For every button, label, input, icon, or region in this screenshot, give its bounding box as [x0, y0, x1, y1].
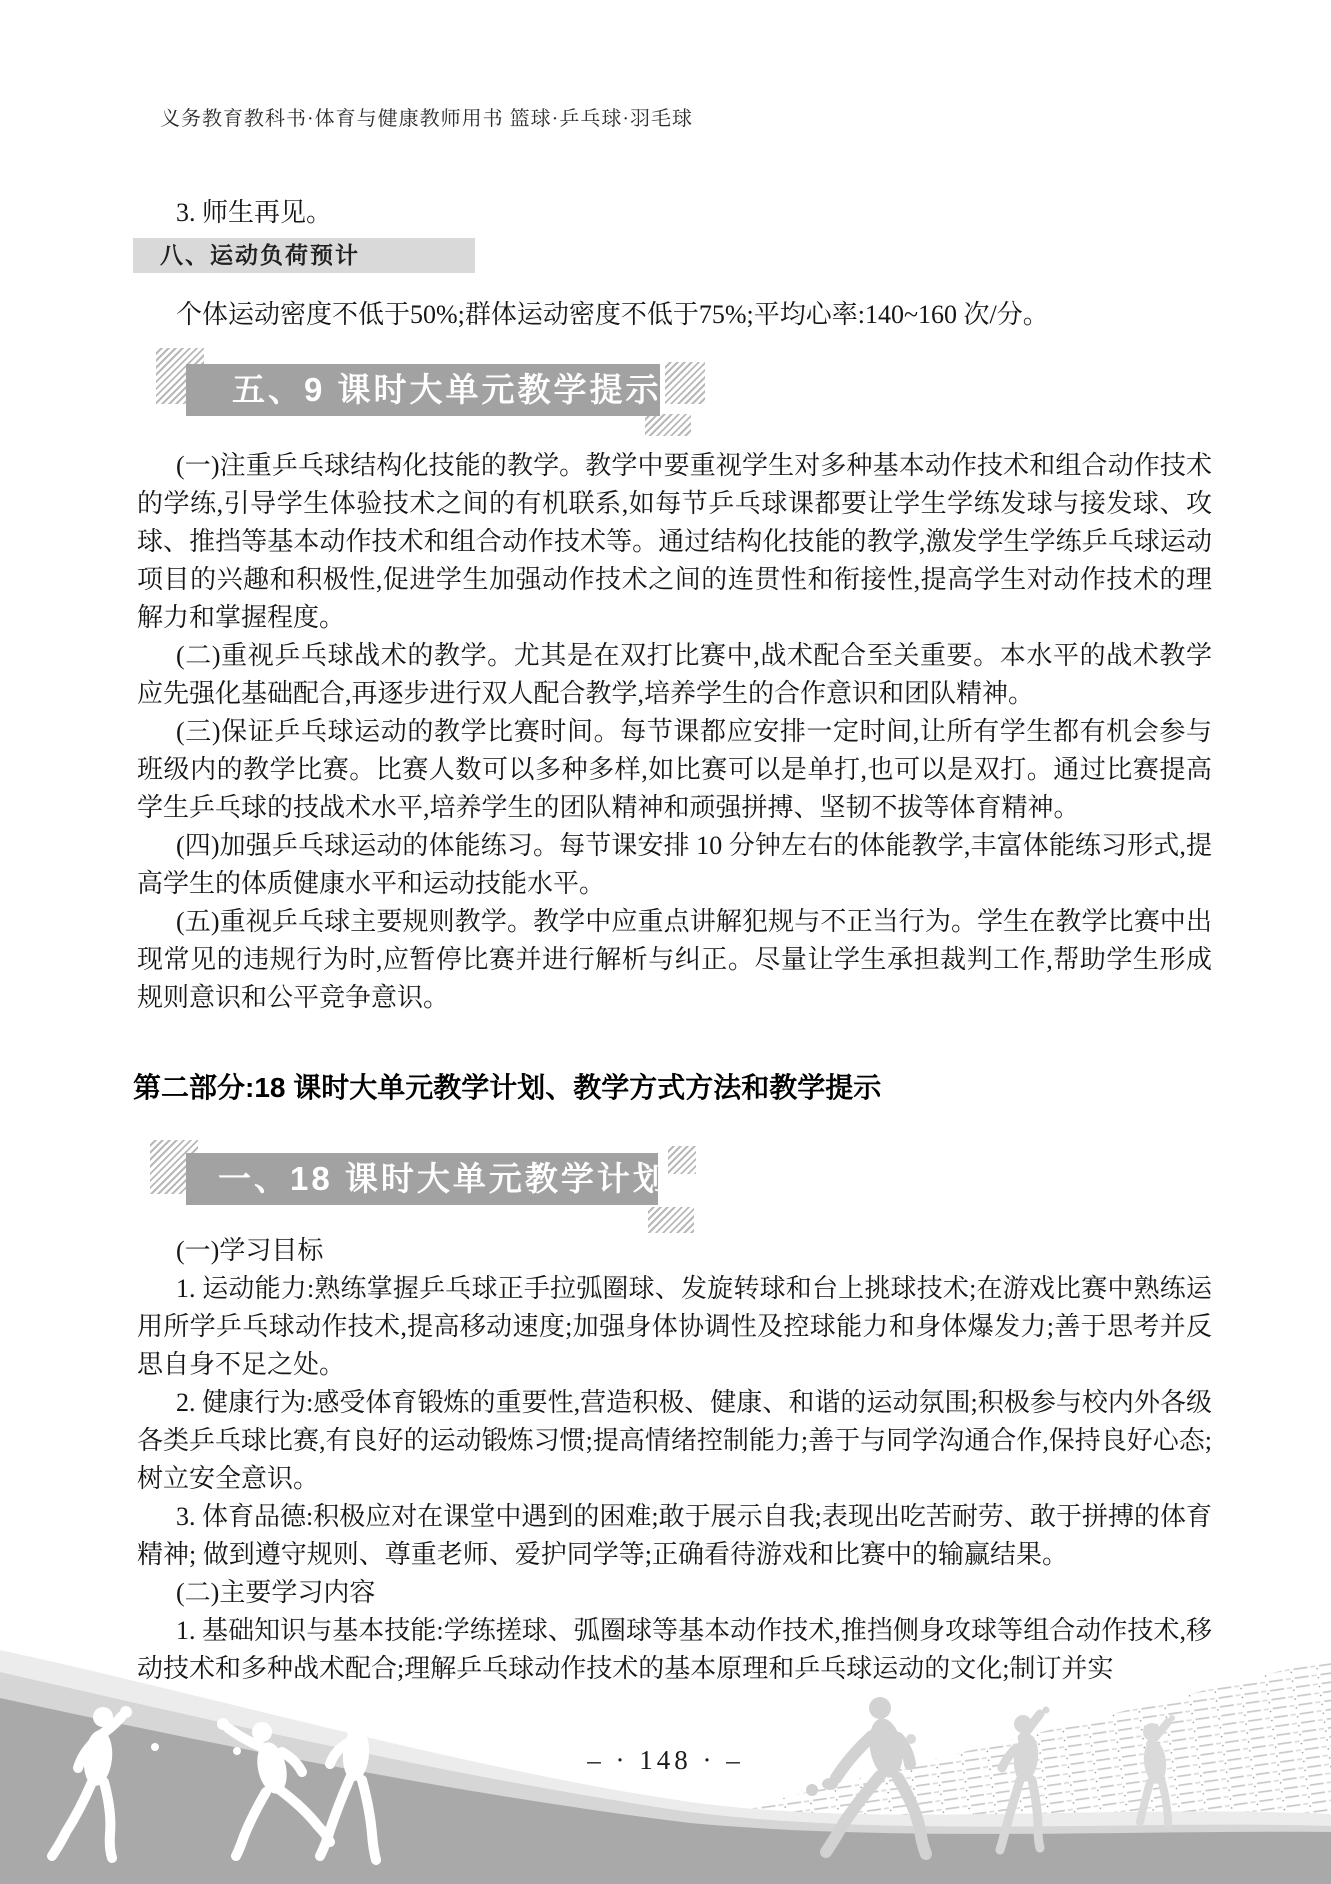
paragraph: (五)重视乒乓球主要规则教学。教学中应重点讲解犯规与不正当行为。学生在教学比赛中…	[137, 903, 1212, 1017]
paragraph: (三)保证乒乓球运动的教学比赛时间。每节课都应安排一定时间,让所有学生都有机会参…	[137, 713, 1212, 827]
hatch-decoration-icon	[645, 414, 691, 436]
paragraph: 2. 健康行为:感受体育锻炼的重要性,营造积极、健康、和谐的运动氛围;积极参与校…	[137, 1384, 1212, 1498]
section-banner-one: 一、18 课时大单元教学计划	[186, 1153, 658, 1205]
part-two-heading: 第二部分:18 课时大单元教学计划、教学方式方法和教学提示	[133, 1068, 1213, 1108]
hatch-decoration-icon	[648, 1207, 694, 1233]
load-forecast-text: 个体运动密度不低于50%;群体运动密度不低于75%;平均心率:140~160 次…	[137, 296, 1212, 334]
closing-line: 3. 师生再见。	[137, 194, 1212, 232]
sub-heading: (二)主要学习内容	[137, 1574, 1212, 1612]
paragraph: 1. 运动能力:熟练掌握乒乓球正手拉弧圈球、发旋转球和台上挑球技术;在游戏比赛中…	[137, 1270, 1212, 1384]
page-number: – · 148 · –	[0, 1744, 1331, 1776]
section-five-body: (一)注重乒乓球结构化技能的教学。教学中要重视学生对多种基本动作技术和组合动作技…	[137, 447, 1212, 1017]
section-banner-five-title: 五、9 课时大单元教学提示	[186, 364, 660, 416]
ball-icon	[806, 1784, 818, 1796]
subsection-box-load-forecast: 八、运动负荷预计	[133, 238, 475, 273]
paragraph: (四)加强乒乓球运动的体能练习。每节课安排 10 分钟左右的体能教学,丰富体能练…	[137, 827, 1212, 903]
hatch-decoration-icon	[668, 1146, 696, 1174]
paragraph: (二)重视乒乓球战术的教学。尤其是在双打比赛中,战术配合至关重要。本水平的战术教…	[137, 637, 1212, 713]
ball-icon	[906, 1734, 916, 1744]
hatch-decoration-icon	[665, 362, 705, 404]
book-page: 义务教育教科书·体育与健康教师用书 篮球·乒乓球·羽毛球 3. 师生再见。 八、…	[0, 0, 1331, 1884]
paragraph: 3. 体育品德:积极应对在课堂中遇到的困难;敢于展示自我;表现出吃苦耐劳、敢于拼…	[137, 1498, 1212, 1574]
subsection-box-title: 八、运动负荷预计	[133, 238, 475, 273]
sub-heading: (一)学习目标	[137, 1232, 1212, 1270]
running-head: 义务教育教科书·体育与健康教师用书 篮球·乒乓球·羽毛球	[160, 106, 693, 132]
paragraph: (一)注重乒乓球结构化技能的教学。教学中要重视学生对多种基本动作技术和组合动作技…	[137, 447, 1212, 637]
section-banner-five: 五、9 课时大单元教学提示	[186, 364, 660, 416]
section-banner-one-title: 一、18 课时大单元教学计划	[186, 1153, 658, 1205]
